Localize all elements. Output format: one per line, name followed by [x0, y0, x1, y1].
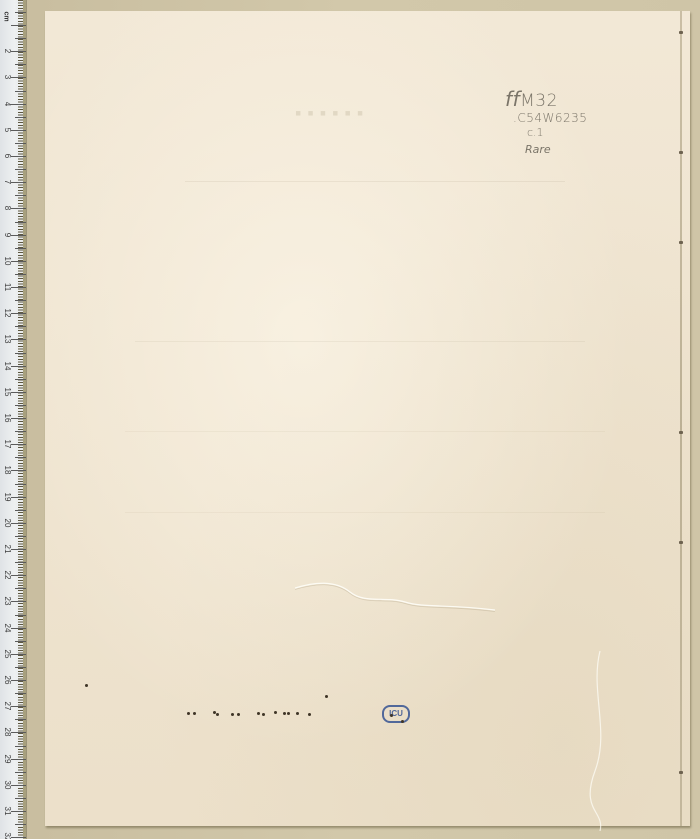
- ink-dot: [237, 713, 240, 716]
- ink-dot: [262, 713, 265, 716]
- ruler-cm-tick: [11, 339, 26, 340]
- show-through-block: [125, 431, 605, 513]
- ruler-half-tick: [15, 117, 26, 118]
- measurement-ruler: cm 2345678910111213141516171819202122232…: [0, 0, 27, 839]
- ruler-cm-tick: [11, 628, 26, 629]
- ink-dot: [287, 712, 290, 715]
- ruler-label: 28: [3, 726, 11, 738]
- ruler-cm-tick: [11, 837, 26, 838]
- stitch-mark: [679, 151, 683, 154]
- ruler-label: 15: [3, 386, 11, 398]
- ruler-half-tick: [15, 457, 26, 458]
- ruler-label: 18: [3, 464, 11, 476]
- ruler-half-tick: [15, 64, 26, 65]
- ruler-label: 21: [3, 543, 11, 555]
- ruler-cm-tick: [11, 392, 26, 393]
- ruler-label: 3: [3, 71, 11, 83]
- ink-dot: [231, 713, 234, 716]
- ruler-half-tick: [15, 719, 26, 720]
- ruler-half-tick: [15, 536, 26, 537]
- ruler-half-tick: [15, 300, 26, 301]
- ruler-label: 14: [3, 360, 11, 372]
- ruler-half-tick: [15, 641, 26, 642]
- ruler-label: 30: [3, 779, 11, 791]
- ruler-cm-tick: [11, 51, 26, 52]
- ink-dot: [85, 684, 88, 687]
- show-through-title: ▪▪▪▪▪▪: [295, 103, 369, 124]
- ink-dot: [257, 712, 260, 715]
- ruler-half-tick: [15, 615, 26, 616]
- stitch-mark: [679, 771, 683, 774]
- ruler-label: 26: [3, 674, 11, 686]
- ruler-half-tick: [15, 12, 26, 13]
- ruler-cm-tick: [11, 182, 26, 183]
- ruler-half-tick: [15, 143, 26, 144]
- binding-edge: [680, 11, 682, 826]
- ruler-label: 4: [3, 98, 11, 110]
- ruler-cm-tick: [11, 654, 26, 655]
- ruler-label: 2: [3, 45, 11, 57]
- ruler-half-tick: [15, 379, 26, 380]
- call-number-annotation: ffM32 .C54W6235 c.1 Rare: [505, 87, 587, 156]
- ruler-label: 6: [3, 150, 11, 162]
- ruler-cm-tick: [11, 208, 26, 209]
- ink-dot: [296, 712, 299, 715]
- ruler-label: 29: [3, 753, 11, 765]
- ruler-cm-tick: [11, 287, 26, 288]
- ruler-half-tick: [15, 169, 26, 170]
- ruler-cm-tick: [11, 25, 26, 26]
- call-number-line-2: .C54W6235: [513, 111, 587, 125]
- ruler-half-tick: [15, 484, 26, 485]
- ruler-cm-tick: [11, 732, 26, 733]
- ruler-cm-tick: [11, 523, 26, 524]
- ink-dot: [187, 712, 190, 715]
- ruler-cm-tick: [11, 601, 26, 602]
- ruler-label: 17: [3, 438, 11, 450]
- ink-dot: [216, 713, 219, 716]
- call-number-line-1: ffM32: [505, 87, 587, 111]
- ruler-half-tick: [15, 326, 26, 327]
- ruler-half-tick: [15, 38, 26, 39]
- ruler-half-tick: [15, 195, 26, 196]
- ruler-cm-tick: [11, 470, 26, 471]
- ruler-label: 5: [3, 124, 11, 136]
- stitch-mark: [679, 241, 683, 244]
- ruler-label: 20: [3, 517, 11, 529]
- ruler-half-tick: [15, 405, 26, 406]
- ruler-half-tick: [15, 431, 26, 432]
- ruler-label: 16: [3, 412, 11, 424]
- ink-dot: [390, 714, 393, 717]
- library-stamp: ICU: [382, 705, 410, 723]
- stitch-mark: [679, 431, 683, 434]
- ruler-label: 9: [3, 229, 11, 241]
- ruler-cm-tick: [11, 575, 26, 576]
- ruler-label: 12: [3, 307, 11, 319]
- ruler-cm-tick: [11, 418, 26, 419]
- paper-crease: [295, 574, 495, 614]
- ruler-cm-tick: [11, 130, 26, 131]
- ink-dot: [401, 720, 404, 723]
- ruler-cm-tick: [11, 706, 26, 707]
- ruler-label: 24: [3, 622, 11, 634]
- ruler-half-tick: [15, 274, 26, 275]
- ruler-half-tick: [15, 746, 26, 747]
- ruler-label: 32: [3, 831, 11, 839]
- ruler-half-tick: [15, 588, 26, 589]
- ruler-cm-tick: [11, 156, 26, 157]
- rare-designation: Rare: [525, 143, 587, 156]
- ruler-half-tick: [15, 824, 26, 825]
- ruler-label: 19: [3, 491, 11, 503]
- ruler-label: 10: [3, 255, 11, 267]
- ruler-half-tick: [15, 222, 26, 223]
- ruler-cm-tick: [11, 366, 26, 367]
- ruler-edge: [23, 0, 26, 839]
- ink-dot: [325, 695, 328, 698]
- ruler-half-tick: [15, 772, 26, 773]
- show-through-rule: [135, 341, 585, 342]
- ruler-cm-tick: [11, 77, 26, 78]
- ink-dot: [193, 712, 196, 715]
- ruler-half-tick: [15, 91, 26, 92]
- ruler-half-tick: [15, 248, 26, 249]
- ruler-cm-tick: [11, 444, 26, 445]
- stitch-mark: [679, 31, 683, 34]
- show-through-rule: [185, 181, 565, 182]
- paper-fold-mark: [580, 651, 640, 831]
- ruler-label: 22: [3, 569, 11, 581]
- ruler-label: 8: [3, 202, 11, 214]
- ruler-label: 31: [3, 805, 11, 817]
- ruler-cm-tick: [11, 497, 26, 498]
- ruler-cm-tick: [11, 759, 26, 760]
- ruler-cm-tick: [11, 313, 26, 314]
- ruler-cm-tick: [11, 261, 26, 262]
- ruler-label: 23: [3, 595, 11, 607]
- ruler-cm-tick: [11, 680, 26, 681]
- ruler-half-tick: [15, 510, 26, 511]
- paper-page: ▪▪▪▪▪▪ ffM32 .C54W6235 c.1 Rare ICU: [45, 11, 690, 826]
- ink-dot: [274, 711, 277, 714]
- ruler-label: 27: [3, 700, 11, 712]
- ruler-cm-tick: [11, 104, 26, 105]
- ruler-half-tick: [15, 562, 26, 563]
- stitch-mark: [679, 541, 683, 544]
- ruler-half-tick: [15, 353, 26, 354]
- ruler-cm-tick: [11, 811, 26, 812]
- ruler-half-tick: [15, 667, 26, 668]
- ruler-label: 7: [3, 176, 11, 188]
- ruler-cm-tick: [11, 785, 26, 786]
- ruler-label: 13: [3, 333, 11, 345]
- copy-number: c.1: [527, 126, 587, 139]
- ruler-cm-tick: [11, 235, 26, 236]
- ruler-cm-tick: [11, 549, 26, 550]
- ruler-label: 11: [3, 281, 11, 293]
- ruler-label: 25: [3, 648, 11, 660]
- ruler-half-tick: [15, 693, 26, 694]
- ink-dot: [283, 712, 286, 715]
- ruler-unit-label: cm: [3, 11, 10, 21]
- ink-dot: [308, 713, 311, 716]
- ruler-half-tick: [15, 798, 26, 799]
